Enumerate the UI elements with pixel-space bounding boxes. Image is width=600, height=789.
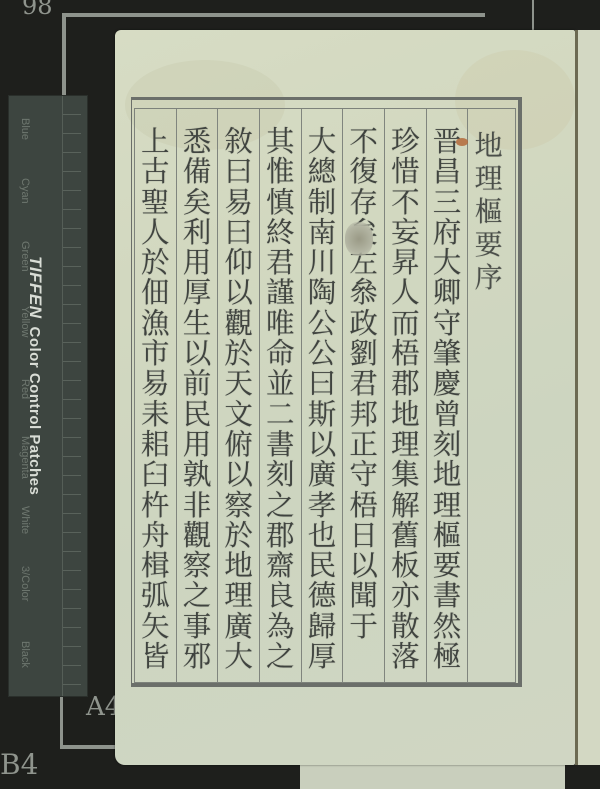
column-text: 晋昌三府大卿守肇慶曾刻地理樞要書然極 <box>433 127 462 672</box>
column-text: 大總制南川陶公公曰斯以廣孝也民德歸厚 <box>308 127 337 672</box>
board-guide-top <box>65 13 485 17</box>
board-guide-bottom <box>60 745 116 749</box>
text-column-8: 上古聖人於佃漁市易耒耜臼杵舟楫弧矢皆 <box>135 109 176 682</box>
text-column-2: 珍惜不妄昇人而梧郡地理集解舊板亦散落 <box>384 109 426 682</box>
patch-label-magenta: Magenta <box>19 436 31 479</box>
patch-label-yellow: Yellow <box>19 306 31 337</box>
text-column-7: 悉備矣利用厚生以前民用孰非觀察之事邪 <box>176 109 218 682</box>
text-column-3: 不復存矣左叅政劉君邦正守梧日以聞于 <box>342 109 384 682</box>
color-control-strip: TIFFENColor Control Patches Blue Cyan Gr… <box>8 95 88 697</box>
facing-page-edge <box>575 30 600 765</box>
underlying-page-edge <box>300 765 565 789</box>
red-seal-mark <box>456 138 468 146</box>
text-block: 地理樞要序 晋昌三府大卿守肇慶曾刻地理樞要書然極 珍惜不妄昇人而梧郡地理集解舊板… <box>134 108 516 683</box>
document-title: 地理樞要序 <box>475 129 503 294</box>
patch-label-3color: 3/Color <box>19 566 31 601</box>
board-guide-left-lower <box>60 695 63 747</box>
text-column-1: 晋昌三府大卿守肇慶曾刻地理樞要書然極 <box>426 109 468 682</box>
board-label-b4: B4 <box>0 748 38 781</box>
text-column-5: 其惟慎終君謹唯命並二書刻之郡齋良為之 <box>259 109 301 682</box>
patch-label-red: Red <box>19 379 31 399</box>
column-text: 不復存矣左叅政劉君邦正守梧日以聞于 <box>349 127 378 642</box>
text-column-6: 敘曰易曰仰以觀於天文俯以察於地理廣大 <box>217 109 259 682</box>
column-text: 其惟慎終君謹唯命並二書刻之郡齋良為之 <box>266 127 295 672</box>
title-column: 地理樞要序 <box>467 109 515 682</box>
ruler-scale <box>62 96 81 696</box>
patch-label-green: Green <box>19 241 31 272</box>
patch-label-blue: Blue <box>19 118 31 140</box>
patch-label-black: Black <box>19 641 31 668</box>
text-column-4: 大總制南川陶公公曰斯以廣孝也民德歸厚 <box>301 109 343 682</box>
patch-label-white: White <box>19 506 31 534</box>
patch-label-cyan: Cyan <box>19 178 31 204</box>
board-label-top: 98 <box>22 0 53 20</box>
board-guide-right <box>532 0 534 30</box>
column-text: 敘曰易曰仰以觀於天文俯以察於地理廣大 <box>224 127 253 672</box>
board-guide-left <box>62 13 66 95</box>
paper-damage-hole <box>345 222 373 256</box>
column-text: 珍惜不妄昇人而梧郡地理集解舊板亦散落 <box>391 127 420 672</box>
column-text: 上古聖人於佃漁市易耒耜臼杵舟楫弧矢皆 <box>141 127 170 672</box>
column-text: 悉備矣利用厚生以前民用孰非觀察之事邪 <box>183 127 212 672</box>
